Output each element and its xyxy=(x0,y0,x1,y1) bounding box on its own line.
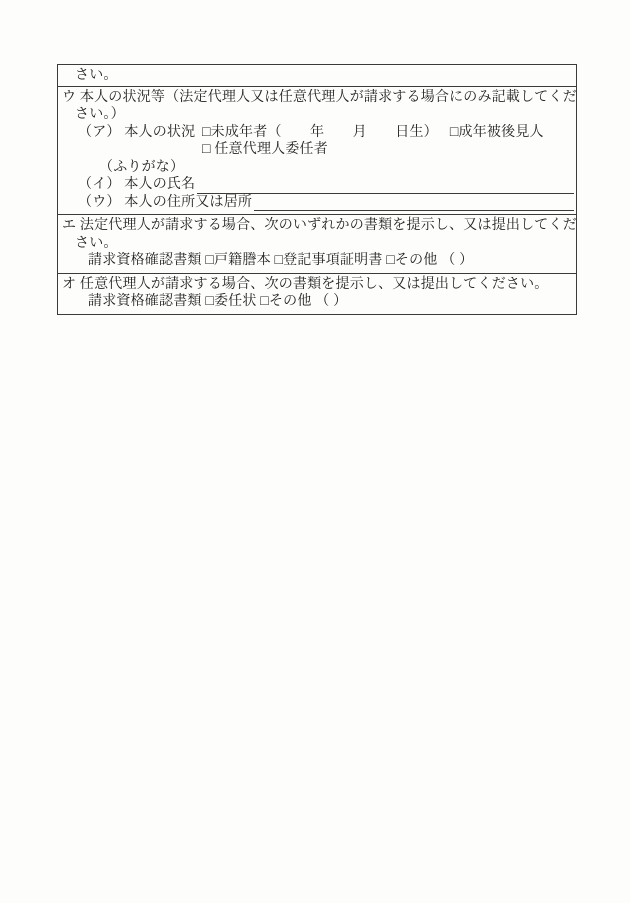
document-page: さい。 ウ 本人の状況等（法定代理人又は任意代理人が請求する場合にのみ記載してく… xyxy=(0,0,630,903)
legal-agent-title-line1: 法定代理人が請求する場合、次のいずれかの書類を提示し、又は提出してくだ xyxy=(80,218,577,233)
principal-status-title-line2: さい。） xyxy=(62,106,574,124)
koseki-option: □戸籍謄本 xyxy=(205,253,270,268)
section-marker-u: ウ xyxy=(62,90,76,105)
voluntary-delegator-option: □ 任意代理人委任者 xyxy=(202,141,328,159)
legal-agent-docs-label: 請求資格確認書類 xyxy=(88,253,202,268)
legal-agent-docs-line: 請求資格確認書類 □戸籍謄本 □登記事項証明書 □その他 （ ） xyxy=(62,252,574,270)
voluntary-other-label: その他 xyxy=(269,294,312,309)
principal-address-field[interactable] xyxy=(254,195,574,211)
voluntary-delegator-label: 任意代理人委任者 xyxy=(211,142,328,157)
form-table: さい。 ウ 本人の状況等（法定代理人又は任意代理人が請求する場合にのみ記載してく… xyxy=(57,64,577,315)
minor-option: □未成年者（ 年 月 日生） xyxy=(202,125,438,140)
checkbox-voluntary-delegator-icon[interactable]: □ xyxy=(202,142,211,157)
voluntary-delegator-line: □ 任意代理人委任者 xyxy=(62,141,574,159)
checkbox-minor-icon[interactable]: □ xyxy=(202,125,211,140)
legal-agent-title-line2: さい。 xyxy=(62,235,574,253)
voluntary-agent-title-text: 任意代理人が請求する場合、次の書類を提示し、又は提出してください。 xyxy=(80,277,549,292)
checkbox-ininjo-icon[interactable]: □ xyxy=(205,294,214,309)
spacer xyxy=(78,141,202,159)
voluntary-other-option: □その他 xyxy=(260,294,311,309)
row-voluntary-agent: オ 任意代理人が請求する場合、次の書類を提示し、又は提出してください。 請求資格… xyxy=(58,274,576,314)
item-a-line: （ア） 本人の状況 □未成年者（ 年 月 日生）□成年被後見人 xyxy=(62,124,574,142)
principal-status-title-line1: 本人の状況等（法定代理人又は任意代理人が請求する場合にのみ記載してくだ xyxy=(80,90,577,105)
legal-agent-title: エ 法定代理人が請求する場合、次のいずれかの書類を提示し、又は提出してくだ xyxy=(62,217,574,235)
legal-other-paren-field[interactable]: （ ） xyxy=(441,253,473,268)
continuation-text: さい。 xyxy=(62,67,574,85)
minor-label: 未成年者（ 年 月 日生） xyxy=(211,125,438,140)
item-a-options: □未成年者（ 年 月 日生）□成年被後見人 xyxy=(202,124,544,142)
principal-status-title: ウ 本人の状況等（法定代理人又は任意代理人が請求する場合にのみ記載してくだ xyxy=(62,89,574,107)
adult-ward-label: 成年被後見人 xyxy=(459,125,544,140)
furigana-label: （ふりがな） xyxy=(62,159,574,177)
touki-label: 登記事項証明書 xyxy=(283,253,382,268)
item-u-line: （ウ） 本人の住所又は居所 xyxy=(62,194,574,212)
checkbox-koseki-icon[interactable]: □ xyxy=(205,253,214,268)
row-continuation: さい。 xyxy=(58,65,576,87)
item-i-line: （イ） 本人の氏名 xyxy=(62,176,574,194)
row-principal-status: ウ 本人の状況等（法定代理人又は任意代理人が請求する場合にのみ記載してくだ さい… xyxy=(58,87,576,216)
principal-name-field[interactable] xyxy=(197,178,574,194)
legal-other-option: □その他 xyxy=(386,253,437,268)
voluntary-agent-docs-line: 請求資格確認書類 □委任状 □その他 （ ） xyxy=(62,293,574,311)
adult-ward-option: □成年被後見人 xyxy=(450,125,544,140)
koseki-label: 戸籍謄本 xyxy=(214,253,271,268)
checkbox-touki-icon[interactable]: □ xyxy=(274,253,283,268)
section-marker-e: エ xyxy=(62,218,76,233)
item-a-label: （ア） 本人の状況 xyxy=(78,124,202,142)
ininjo-option: □委任状 xyxy=(205,294,256,309)
checkbox-adult-ward-icon[interactable]: □ xyxy=(450,125,459,140)
ininjo-label: 委任状 xyxy=(214,294,257,309)
checkbox-voluntary-other-icon[interactable]: □ xyxy=(260,294,269,309)
voluntary-agent-docs-label: 請求資格確認書類 xyxy=(88,294,202,309)
item-u-label: （ウ） 本人の住所又は居所 xyxy=(78,194,252,212)
legal-other-label: その他 xyxy=(395,253,438,268)
voluntary-agent-title: オ 任意代理人が請求する場合、次の書類を提示し、又は提出してください。 xyxy=(62,276,574,294)
touki-option: □登記事項証明書 xyxy=(274,253,382,268)
row-legal-agent: エ 法定代理人が請求する場合、次のいずれかの書類を提示し、又は提出してくだ さい… xyxy=(58,215,576,274)
voluntary-other-paren-field[interactable]: （ ） xyxy=(315,294,347,309)
section-marker-o: オ xyxy=(62,277,76,292)
item-i-label: （イ） 本人の氏名 xyxy=(78,176,195,194)
checkbox-legal-other-icon[interactable]: □ xyxy=(386,253,395,268)
